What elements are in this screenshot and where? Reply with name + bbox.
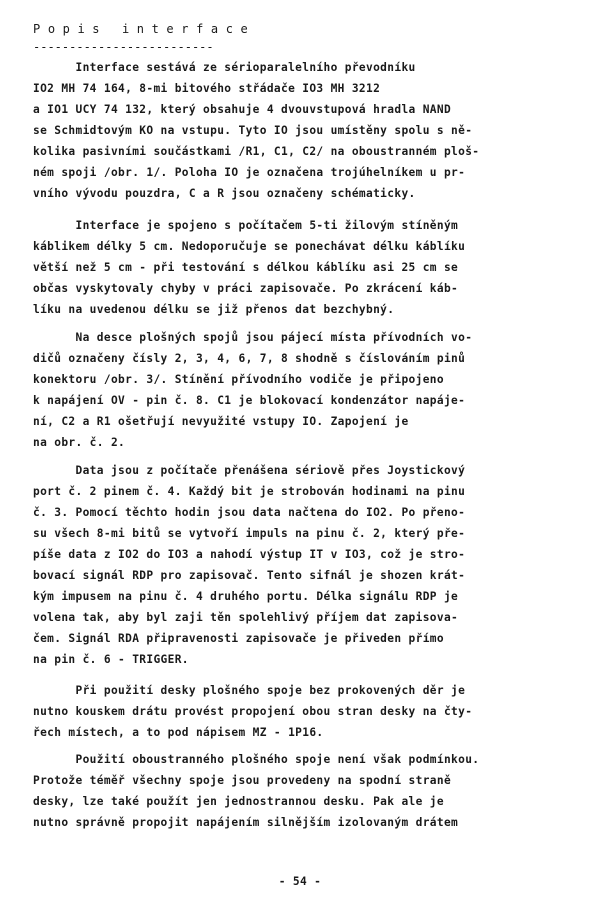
text-line: Interface je spojeno s počítačem 5-ti ži… [33, 215, 593, 236]
heading-underline: ------------------------- [33, 40, 214, 54]
text-line: Na desce plošných spojů jsou pájecí míst… [33, 327, 593, 348]
text-line: volena tak, aby byl zaji těn spolehlivý … [33, 607, 593, 628]
text-line: bovací signál RDP pro zapisovač. Tento s… [33, 565, 593, 586]
text-line: vního vývodu pouzdra, C a R jsou označen… [33, 183, 593, 204]
text-line: Při použití desky plošného spoje bez pro… [33, 680, 593, 701]
paragraph-single-sided: Použití oboustranného plošného spoje nen… [33, 749, 593, 833]
section-heading: Popis interface [33, 22, 255, 36]
page-number: - 54 - [0, 875, 600, 888]
text-line: č. 3. Pomocí těchto hodin jsou data načt… [33, 502, 593, 523]
text-line: ní, C2 a R1 ošetřují nevyužité vstupy IO… [33, 411, 593, 432]
text-line: ném spoji /obr. 1/. Poloha IO je označen… [33, 162, 593, 183]
text-line: čem. Signál RDA připravenosti zapisovače… [33, 628, 593, 649]
text-line: kým impusem na pinu č. 4 druhého portu. … [33, 586, 593, 607]
text-line: nutno správně propojit napájením silnějš… [33, 812, 593, 833]
text-line: na obr. č. 2. [33, 432, 593, 453]
text-line: Interface sestává ze sérioparalelního př… [33, 57, 593, 78]
text-line: líku na uvedenou délku se již přenos dat… [33, 299, 593, 320]
paragraph-data-transfer: Data jsou z počítače přenášena sériově p… [33, 460, 593, 670]
text-line: Protože téměř všechny spoje jsou provede… [33, 770, 593, 791]
text-line: Použití oboustranného plošného spoje nen… [33, 749, 593, 770]
text-line: řech místech, a to pod nápisem MZ - 1P16… [33, 722, 593, 743]
text-line: k napájení OV - pin č. 8. C1 je blokovac… [33, 390, 593, 411]
text-line: port č. 2 pinem č. 4. Každý bit je strob… [33, 481, 593, 502]
text-line: IO2 MH 74 164, 8-mi bitového střádače IO… [33, 78, 593, 99]
text-line: káblikem délky 5 cm. Nedoporučuje se pon… [33, 236, 593, 257]
text-line: občas vyskytovaly chyby v práci zapisova… [33, 278, 593, 299]
text-line: Data jsou z počítače přenášena sériově p… [33, 460, 593, 481]
text-line: na pin č. 6 - TRIGGER. [33, 649, 593, 670]
paragraph-pcb: Na desce plošných spojů jsou pájecí míst… [33, 327, 593, 453]
text-line: a IO1 UCY 74 132, který obsahuje 4 dvouv… [33, 99, 593, 120]
text-line: kolika pasivními součástkami /R1, C1, C2… [33, 141, 593, 162]
paragraph-cable: Interface je spojeno s počítačem 5-ti ži… [33, 215, 593, 320]
document-page: Popis interface ------------------------… [0, 0, 600, 913]
text-line: dičů označeny čísly 2, 3, 4, 6, 7, 8 sho… [33, 348, 593, 369]
text-line: nutno kouskem drátu provést propojení ob… [33, 701, 593, 722]
text-line: su všech 8-mi bitů se vytvoří impuls na … [33, 523, 593, 544]
text-line: větší než 5 cm - při testování s délkou … [33, 257, 593, 278]
paragraph-vias: Při použití desky plošného spoje bez pro… [33, 680, 593, 743]
paragraph-components: Interface sestává ze sérioparalelního př… [33, 57, 593, 204]
text-line: desky, lze také použít jen jednostrannou… [33, 791, 593, 812]
text-line: konektoru /obr. 3/. Stínění přívodního v… [33, 369, 593, 390]
text-line: se Schmidtovým KO na vstupu. Tyto IO jso… [33, 120, 593, 141]
text-line: píše data z IO2 do IO3 a nahodí výstup I… [33, 544, 593, 565]
